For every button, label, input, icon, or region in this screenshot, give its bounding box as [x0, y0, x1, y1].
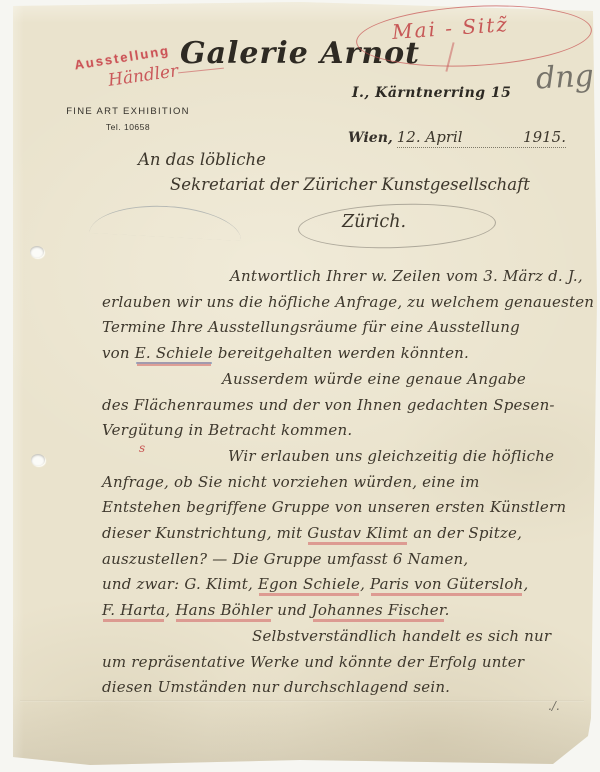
body-line: Vergütung in Betracht kommen. — [102, 418, 580, 444]
body-line: auszustellen? — Die Gruppe umfasst 6 Nam… — [102, 547, 580, 573]
paragraph-2: Ausserdem würde eine genaue Angabe des F… — [102, 367, 580, 444]
body-segment: dieser Kunstrichtung, mit — [102, 524, 307, 542]
highlight-egon-schiele: Egon Schiele — [258, 575, 360, 593]
date-dotted-line: 12. April 1915. — [397, 128, 566, 148]
body-line: Ausserdem würde eine genaue Angabe — [102, 367, 580, 393]
body-segment: an der Spitze, — [408, 524, 522, 542]
fine-art-block: FINE ART EXHIBITION Tel. 10658 — [60, 106, 196, 132]
body-line: Antwortlich Ihrer w. Zeilen vom 3. März … — [102, 264, 580, 290]
scanned-letter-page: Galerie Arnot Ausstellung Händler FINE A… — [0, 0, 600, 772]
body-line: Termine Ihre Ausstellungsräume für eine … — [102, 315, 580, 341]
highlight-paris-von-guetersloh: Paris von Gütersloh — [370, 575, 523, 593]
highlight-hans-boehler: Hans Böhler — [175, 601, 272, 619]
body-segment: und zwar: G. Klimt, — [102, 575, 258, 593]
body-line: erlauben wir uns die höfliche Anfrage, z… — [102, 290, 580, 316]
body-line: des Flächenraumes und der von Ihnen geda… — [102, 393, 580, 419]
red-margin-mark: s — [139, 441, 145, 455]
body-segment: , — [360, 575, 370, 593]
date-line: Wien, 12. April 1915. — [348, 128, 566, 148]
body-segment: und — [272, 601, 311, 619]
punch-hole-top — [30, 246, 44, 258]
body-line: um repräsentative Werke und könnte der E… — [102, 650, 580, 676]
recipient-line-2: Sekretariat der Züricher Kunstgesellscha… — [170, 175, 530, 194]
body-segment: , — [523, 575, 528, 593]
paragraph-4: Selbstverständlich handelt es sich nur u… — [102, 624, 580, 701]
highlight-johannes-fischer: Johannes Fischer — [312, 601, 445, 619]
body-segment: , — [165, 601, 175, 619]
body-line: Wir erlauben uns gleichzeitig die höflic… — [102, 444, 580, 470]
recipient-city: Zürich. — [342, 212, 406, 232]
body-segment: . — [445, 601, 450, 619]
recipient-line-1: An das löbliche — [138, 150, 266, 169]
body-line: und zwar: G. Klimt, Egon Schiele, Paris … — [102, 572, 580, 598]
date-day-handwritten: 12. April — [397, 128, 463, 146]
body-line: Anfrage, ob Sie nicht vorziehen würden, … — [102, 470, 580, 496]
highlight-e-schiele: E. Schiele — [135, 344, 213, 362]
punch-hole-bottom — [31, 454, 45, 466]
paragraph-1: Antwortlich Ihrer w. Zeilen vom 3. März … — [102, 264, 580, 367]
body-segment: bereitgehalten werden könnten. — [213, 344, 469, 362]
body-line: Selbstverständlich handelt es sich nur — [102, 624, 580, 650]
body-line: diesen Umständen nur durchschlagend sein… — [102, 675, 580, 701]
highlight-gustav-klimt: Gustav Klimt — [307, 524, 408, 542]
paragraph-3: Wir erlauben uns gleichzeitig die höflic… — [102, 444, 580, 624]
city-printed: Wien, — [348, 130, 393, 146]
letter-body: Antwortlich Ihrer w. Zeilen vom 3. März … — [102, 264, 580, 701]
body-line: von E. Schiele bereitgehalten werden kön… — [102, 341, 580, 367]
corner-continuation-mark: ./. — [548, 699, 560, 713]
body-line: dieser Kunstrichtung, mit Gustav Klimt a… — [102, 521, 580, 547]
body-line: F. Harta, Hans Böhler und Johannes Fisch… — [102, 598, 580, 624]
body-segment: von — [102, 344, 135, 362]
fine-art-exhibition-label: FINE ART EXHIBITION — [60, 106, 196, 117]
pencil-initials: dng — [535, 59, 594, 97]
date-year-handwritten: 1915. — [523, 128, 566, 146]
highlight-f-harta: F. Harta — [102, 601, 165, 619]
body-line: Entstehen begriffene Gruppe von unseren … — [102, 495, 580, 521]
street-address: I., Kärntnerring 15 — [352, 85, 511, 101]
telephone-number: Tel. 10658 — [60, 122, 196, 132]
